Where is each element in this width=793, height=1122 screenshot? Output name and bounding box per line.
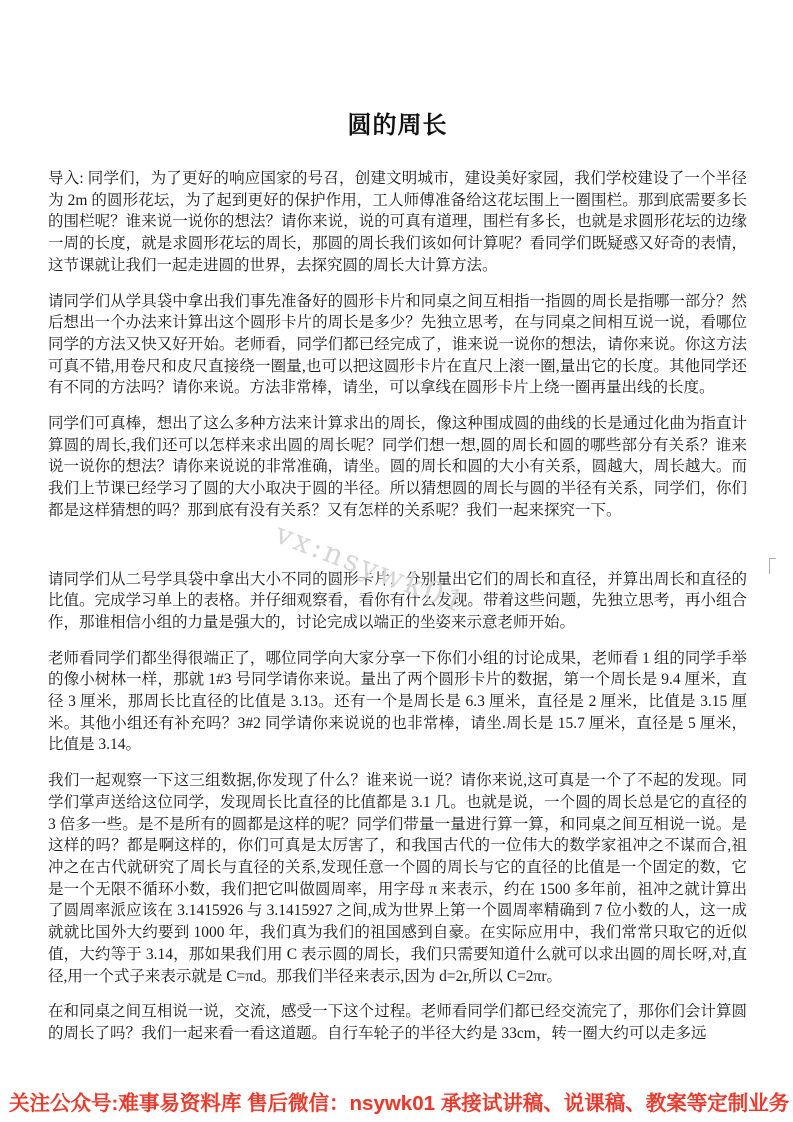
page-title: 圆的周长 [48,0,747,142]
paragraph-pi-discovery: 我们一起观察一下这三组数据,你发现了什么？谁来说一说？请你来说,这可真是一个了不… [48,770,747,987]
paragraph-group-results: 老师看同学们都坐得很端正了，哪位同学向大家分享一下你们小组的讨论成果，老师看 1… [48,648,747,757]
paragraph-methods-discussion: 同学们可真棒，想出了这么多种方法来计算求出的周长，像这种围成圆的曲线的长是通过化… [48,413,747,522]
cursor-artifact [769,558,776,574]
paragraph-intro: 导入: 同学们，为了更好的响应国家的号召，创建文明城市，建设美好家园，我们学校建… [48,168,747,277]
paragraph-practice-problem: 在和同桌之间互相说一说，交流，感受一下这个过程。老师看同学们都已经交流完了，那你… [48,1001,747,1044]
footer-banner: 关注公众号:难事易资料库 售后微信：nsywk01 承接试讲稿、说课稿、教案等定… [9,1091,787,1117]
document-page: 圆的周长 导入: 同学们，为了更好的响应国家的号召，创建文明城市，建设美好家园，… [48,0,747,1045]
paragraph-measure-activity: 请同学们从学具袋中拿出我们事先准备好的圆形卡片和同桌之间互相指一指圆的周长是指哪… [48,291,747,400]
paragraph-group-task: 请同学们从二号学具袋中拿出大小不同的圆形卡片，分别量出它们的周长和直径，并算出周… [48,569,747,634]
